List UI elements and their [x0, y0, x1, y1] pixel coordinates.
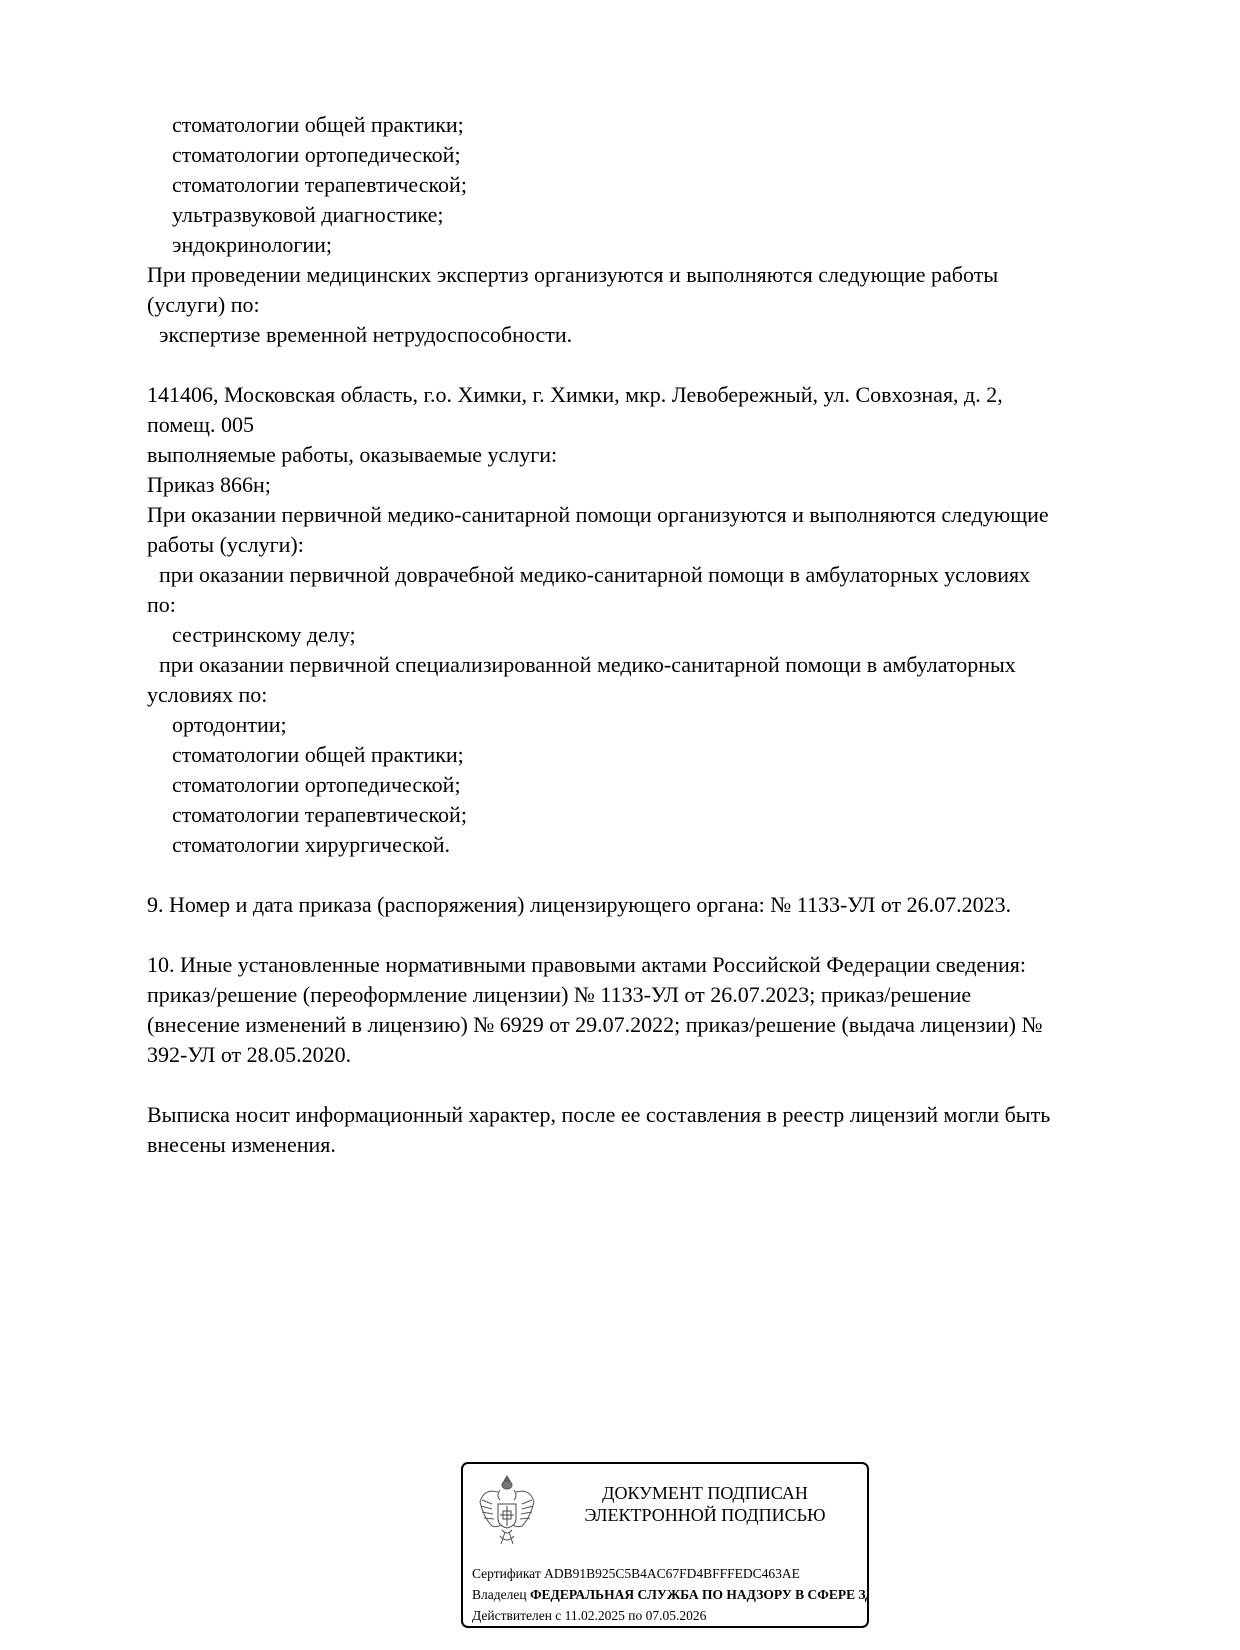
certificate-label: Сертификат	[472, 1566, 541, 1581]
text-line: При проведении медицинских экспертиз орг…	[147, 260, 1147, 290]
stamp-info: Сертификат ADB91B925C5B4AC67FD4BFFFEDC46…	[472, 1563, 869, 1626]
text-line: эндокринологии;	[147, 230, 1147, 260]
text-line: ультразвуковой диагностике;	[147, 200, 1147, 230]
stamp-title-line2: ЭЛЕКТРОННОЙ ПОДПИСЬЮ	[553, 1504, 857, 1526]
text-line: экспертизе временной нетрудоспособности.	[147, 320, 1147, 350]
text-line: (услуги) по:	[147, 290, 1147, 320]
paragraph-gap	[147, 860, 1147, 890]
text-line: стоматологии общей практики;	[147, 110, 1147, 140]
stamp-title: ДОКУМЕНТ ПОДПИСАН ЭЛЕКТРОННОЙ ПОДПИСЬЮ	[553, 1482, 857, 1526]
text-line: При оказании первичной медико-санитарной…	[147, 500, 1147, 530]
owner-value: ФЕДЕРАЛЬНАЯ СЛУЖБА ПО НАДЗОРУ В СФЕРЕ ЗД…	[530, 1587, 869, 1602]
text-line: ортодонтии;	[147, 710, 1147, 740]
text-line: выполняемые работы, оказываемые услуги:	[147, 440, 1147, 470]
text-line: 10. Иные установленные нормативными прав…	[147, 950, 1147, 980]
text-line: при оказании первичной специализированно…	[147, 650, 1147, 680]
russian-coat-of-arms-icon	[476, 1472, 538, 1548]
text-line: (внесение изменений в лицензию) № 6929 о…	[147, 1010, 1147, 1040]
text-line: 9. Номер и дата приказа (распоряжения) л…	[147, 890, 1147, 920]
text-line: по:	[147, 590, 1147, 620]
owner-row: Владелец ФЕДЕРАЛЬНАЯ СЛУЖБА ПО НАДЗОРУ В…	[472, 1584, 869, 1605]
text-line: стоматологии хирургической.	[147, 830, 1147, 860]
text-line: при оказании первичной доврачебной медик…	[147, 560, 1147, 590]
paragraph-gap	[147, 920, 1147, 950]
text-line: стоматологии ортопедической;	[147, 770, 1147, 800]
document-body: стоматологии общей практики;стоматологии…	[147, 110, 1147, 1160]
text-line: 141406, Московская область, г.о. Химки, …	[147, 380, 1147, 410]
certificate-value: ADB91B925C5B4AC67FD4BFFFEDC463AE	[544, 1566, 800, 1581]
text-line: Приказ 866н;	[147, 470, 1147, 500]
stamp-title-line1: ДОКУМЕНТ ПОДПИСАН	[553, 1482, 857, 1504]
text-line: стоматологии терапевтической;	[147, 170, 1147, 200]
text-line: стоматологии общей практики;	[147, 740, 1147, 770]
text-line: стоматологии терапевтической;	[147, 800, 1147, 830]
text-line: внесены изменения.	[147, 1130, 1147, 1160]
text-line: стоматологии ортопедической;	[147, 140, 1147, 170]
text-line: Выписка носит информационный характер, п…	[147, 1100, 1147, 1130]
text-line: помещ. 005	[147, 410, 1147, 440]
text-line: условиях по:	[147, 680, 1147, 710]
paragraph-gap	[147, 1070, 1147, 1100]
owner-label: Владелец	[472, 1587, 527, 1602]
certificate-row: Сертификат ADB91B925C5B4AC67FD4BFFFEDC46…	[472, 1563, 869, 1584]
text-line: работы (услуги):	[147, 530, 1147, 560]
validity-row: Действителен с 11.02.2025 по 07.05.2026	[472, 1605, 869, 1626]
text-line: 392-УЛ от 28.05.2020.	[147, 1040, 1147, 1070]
paragraph-gap	[147, 350, 1147, 380]
text-line: сестринскому делу;	[147, 620, 1147, 650]
electronic-signature-stamp: ДОКУМЕНТ ПОДПИСАН ЭЛЕКТРОННОЙ ПОДПИСЬЮ С…	[461, 1462, 869, 1628]
text-line: приказ/решение (переоформление лицензии)…	[147, 980, 1147, 1010]
